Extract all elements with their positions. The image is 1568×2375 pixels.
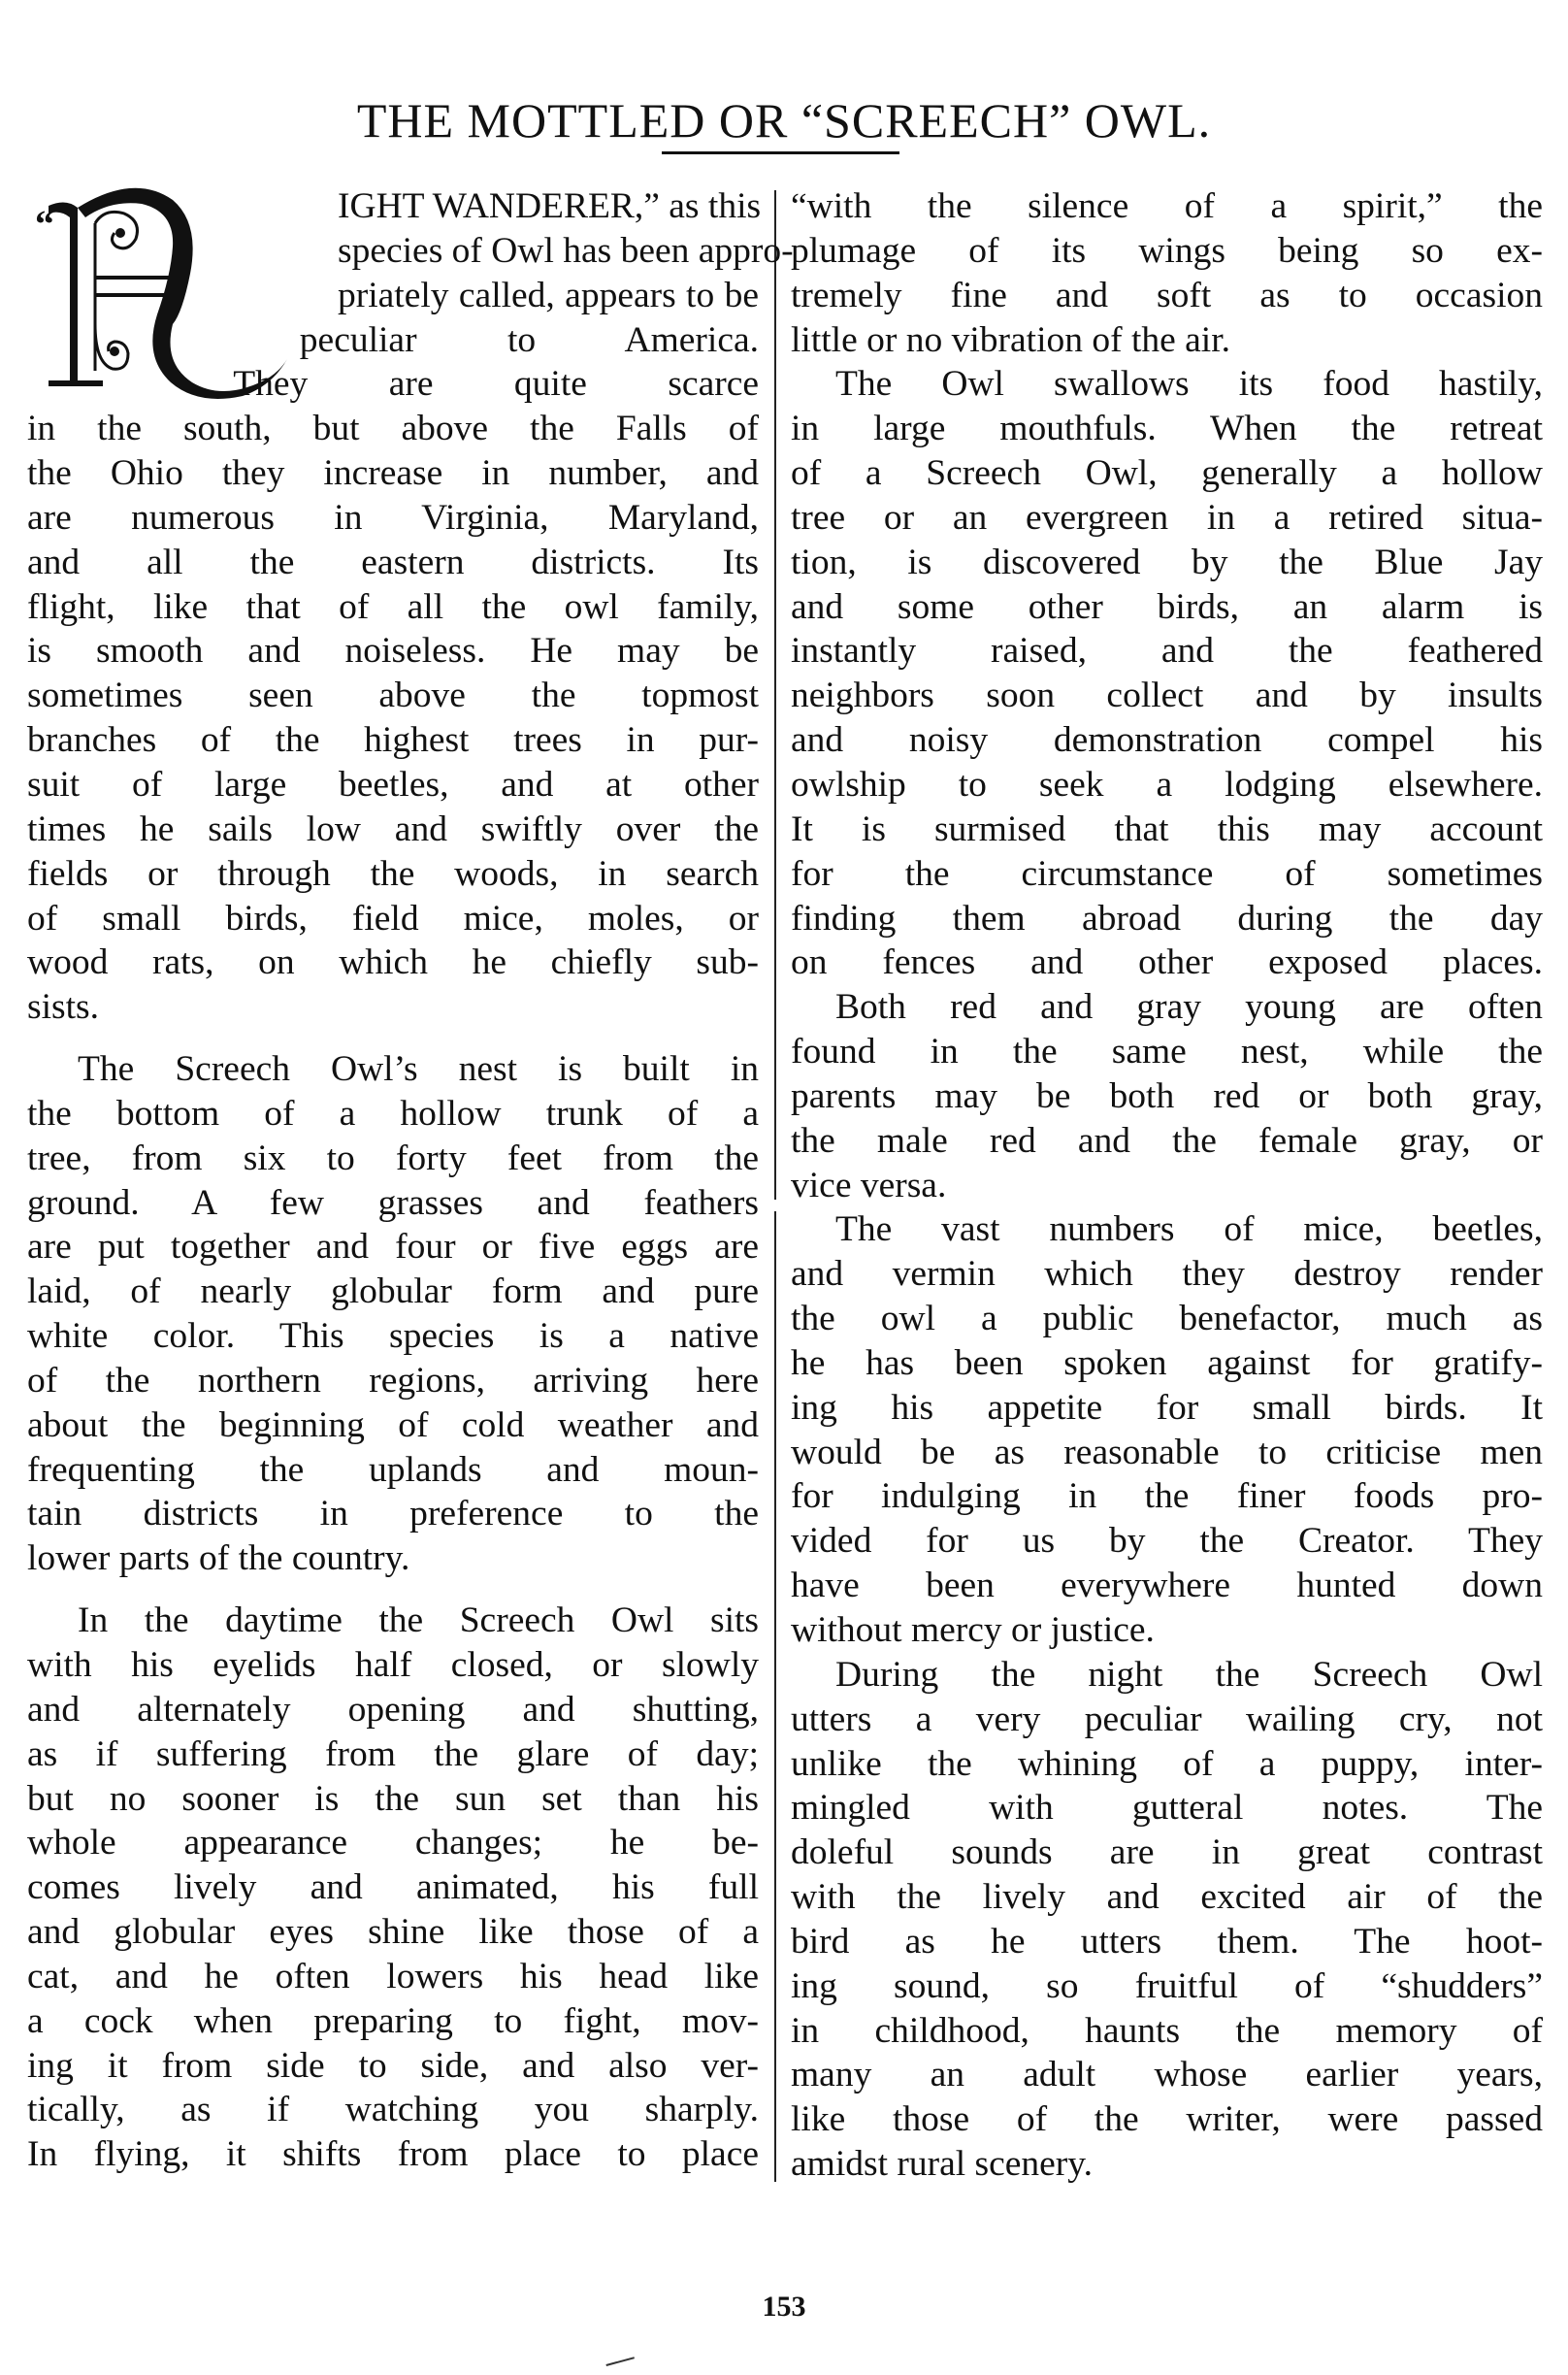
text-line: It is surmised that this may account <box>791 808 1543 852</box>
text-line: without mercy or justice. <box>791 1608 1543 1653</box>
text-line: and alternately opening and shutting, <box>27 1688 759 1732</box>
page-number: 153 <box>0 2291 1568 2324</box>
text-line: would be as reasonable to criticise men <box>791 1431 1543 1475</box>
text-line: sometimes seen above the topmost <box>27 674 759 718</box>
text-line: and some other birds, an alarm is <box>791 585 1543 630</box>
text-line: unlike the whining of a puppy, inter- <box>791 1742 1543 1787</box>
text-line: plumage of its wings being so ex- <box>791 229 1543 274</box>
text-line: During the night the Screech Owl <box>791 1653 1543 1698</box>
text-line: laid, of nearly globular form and pure <box>27 1270 759 1314</box>
text-line: branches of the highest trees in pur- <box>27 718 759 763</box>
paragraph-5: The Owl swallows its food hastily, in la… <box>791 362 1543 985</box>
text-line: ing it from side to side, and also ver- <box>27 2044 759 2089</box>
text-line: finding them abroad during the day <box>791 897 1543 941</box>
text-line: utters a very peculiar wailing cry, not <box>791 1698 1543 1742</box>
text-line: in childhood, haunts the memory of <box>791 2009 1543 2054</box>
paragraph-2: The Screech Owl’s nest is built in the b… <box>27 1047 759 1581</box>
text-line: and globular eyes shine like those of a <box>27 1910 759 1955</box>
text-line: the male red and the female gray, or <box>791 1119 1543 1164</box>
column-divider <box>774 1211 776 2182</box>
text-line: white color. This species is a native <box>27 1314 759 1359</box>
text-line: frequenting the uplands and moun- <box>27 1448 759 1493</box>
text-line: Both red and gray young are often <box>791 985 1543 1030</box>
text-line: times he sails low and swiftly over the <box>27 808 759 852</box>
paragraph-3: In the daytime the Screech Owl sits with… <box>27 1599 759 2177</box>
text-line: for indulging in the finer foods pro- <box>791 1474 1543 1519</box>
text-line: whole appearance changes; he be- <box>27 1821 759 1865</box>
text-line: but no sooner is the sun set than his <box>27 1777 759 1822</box>
text-line: have been everywhere hunted down <box>791 1564 1543 1608</box>
title-rule <box>662 151 899 154</box>
text-line: and all the eastern districts. Its <box>27 541 759 585</box>
text-line: with the lively and excited air of the <box>791 1875 1543 1920</box>
text-line: as if suffering from the glare of day; <box>27 1732 759 1777</box>
paragraph-6: Both red and gray young are often found … <box>791 985 1543 1207</box>
text-line: bird as he utters them. The hoot- <box>791 1920 1543 1964</box>
text-line: instantly raised, and the feathered <box>791 629 1543 674</box>
text-line: fields or through the woods, in search <box>27 852 759 897</box>
page-title: THE MOTTLED OR “SCREECH” OWL. <box>0 91 1568 149</box>
right-column: “with the silence of a spirit,” the plum… <box>791 184 1543 2187</box>
text-line: wood rats, on which he chiefly sub- <box>27 940 759 985</box>
text-line: are numerous in Virginia, Maryland, <box>27 496 759 541</box>
text-line: of small birds, field mice, moles, or <box>27 897 759 941</box>
text-line: he has been spoken against for gratify- <box>791 1341 1543 1386</box>
text-line: the bottom of a hollow trunk of a <box>27 1092 759 1137</box>
text-line: little or no vibration of the air. <box>791 318 1543 363</box>
text-line: and noisy demonstration compel his <box>791 718 1543 763</box>
text-line: on fences and other exposed places. <box>791 940 1543 985</box>
text-line: vided for us by the Creator. They <box>791 1519 1543 1564</box>
text-line: a cock when preparing to fight, mov- <box>27 1999 759 2044</box>
text-line: like those of the writer, were passed <box>791 2097 1543 2142</box>
text-line: ground. A few grasses and feathers <box>27 1181 759 1226</box>
text-line: In the daytime the Screech Owl sits <box>27 1599 759 1643</box>
text-line: The Owl swallows its food hastily, <box>791 362 1543 407</box>
paragraph-1: “ IGHT WANDERER,” as this species of Owl… <box>27 184 759 1030</box>
scan-smudge <box>605 2357 636 2371</box>
text-line: about the beginning of cold weather and <box>27 1403 759 1448</box>
text-line: the owl a public benefactor, much as <box>791 1297 1543 1341</box>
text-line: tree or an evergreen in a retired situa- <box>791 496 1543 541</box>
paragraph-7: The vast numbers of mice, beetles, and v… <box>791 1207 1543 1652</box>
dropcap: “ <box>27 179 338 400</box>
text-line: tremely fine and soft as to occasion <box>791 274 1543 318</box>
text-line: “with the silence of a spirit,” the <box>791 184 1543 229</box>
text-line: The vast numbers of mice, beetles, <box>791 1207 1543 1252</box>
text-line: tain districts in preference to the <box>27 1492 759 1536</box>
text-line: The Screech Owl’s nest is built in <box>27 1047 759 1092</box>
text-line: for the circumstance of sometimes <box>791 852 1543 897</box>
paragraph-4: “with the silence of a spirit,” the plum… <box>791 184 1543 362</box>
text-line: tree, from six to forty feet from the <box>27 1137 759 1181</box>
text-line: lower parts of the country. <box>27 1536 759 1581</box>
text-line: many an adult whose earlier years, <box>791 2053 1543 2097</box>
text-line: is smooth and noiseless. He may be <box>27 629 759 674</box>
text-line: of the northern regions, arriving here <box>27 1359 759 1403</box>
text-line: cat, and he often lowers his head like <box>27 1955 759 1999</box>
text-line: amidst rural scenery. <box>791 2142 1543 2187</box>
text-line: In flying, it shifts from place to place <box>27 2132 759 2177</box>
text-line: in large mouthfuls. When the retreat <box>791 407 1543 451</box>
text-line: tically, as if watching you sharply. <box>27 2088 759 2132</box>
text-line: in the south, but above the Falls of <box>27 407 759 451</box>
text-line: with his eyelids half closed, or slowly <box>27 1643 759 1688</box>
text-line: neighbors soon collect and by insults <box>791 674 1543 718</box>
column-divider <box>774 190 776 1200</box>
text-line: owlship to seek a lodging elsewhere. <box>791 763 1543 808</box>
ornamental-n-dropcap-icon: “ <box>27 179 338 400</box>
text-line: ing his appetite for small birds. It <box>791 1386 1543 1431</box>
text-line: suit of large beetles, and at other <box>27 763 759 808</box>
text-line: and vermin which they destroy render <box>791 1252 1543 1297</box>
text-line: of a Screech Owl, generally a hollow <box>791 451 1543 496</box>
text-line: vice versa. <box>791 1164 1543 1208</box>
text-line: are put together and four or five eggs a… <box>27 1225 759 1270</box>
text-line: parents may be both red or both gray, <box>791 1074 1543 1119</box>
text-line: flight, like that of all the owl family, <box>27 585 759 630</box>
text-line: the Ohio they increase in number, and <box>27 451 759 496</box>
text-line: found in the same nest, while the <box>791 1030 1543 1074</box>
text-line: ing sound, so fruitful of “shudders” <box>791 1964 1543 2009</box>
text-line: mingled with gutteral notes. The <box>791 1786 1543 1831</box>
text-line: sists. <box>27 985 759 1030</box>
paragraph-8: During the night the Screech Owl utters … <box>791 1653 1543 2187</box>
text-line: doleful sounds are in great contrast <box>791 1831 1543 1875</box>
text-line: tion, is discovered by the Blue Jay <box>791 541 1543 585</box>
text-line: comes lively and animated, his full <box>27 1865 759 1910</box>
left-column: “ IGHT WANDERER,” as this species of Owl… <box>27 184 759 2177</box>
